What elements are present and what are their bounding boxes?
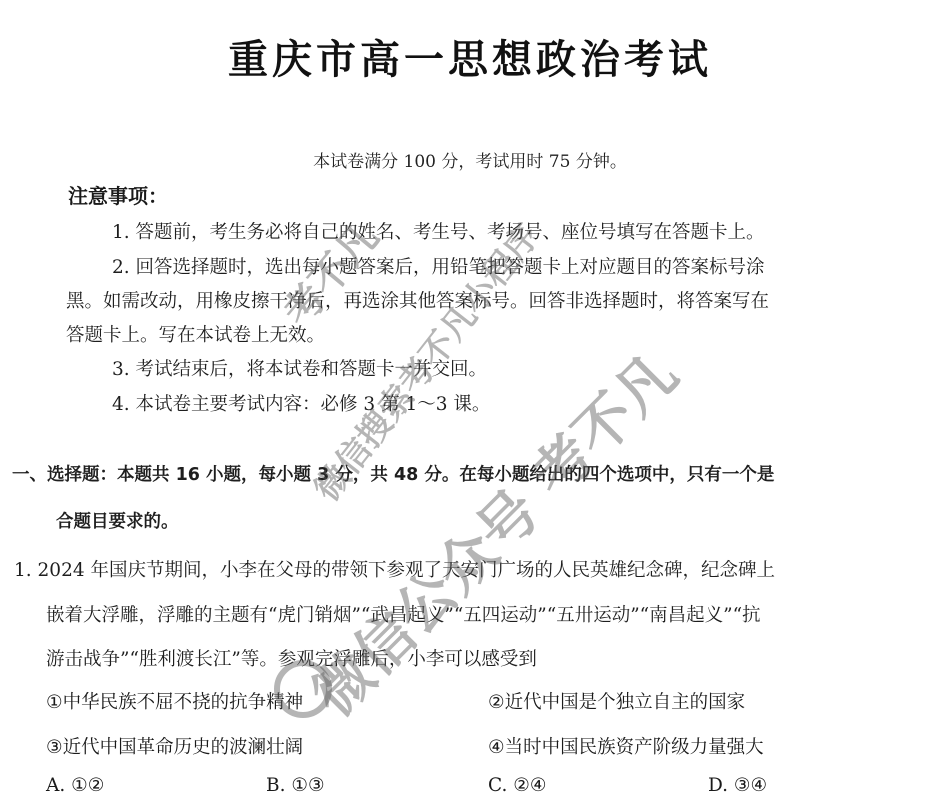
- statement-4: ④当时中国民族资产阶级力量强大: [488, 733, 764, 759]
- section-heading-cont: 合题目要求的。: [56, 508, 179, 533]
- question-1-stem-line-2: 嵌着大浮雕，浮雕的主题有“虎门销烟”“武昌起义”“五四运动”“五卅运动”“南昌起…: [46, 601, 761, 627]
- choice-b[interactable]: B. ①③: [266, 775, 325, 796]
- notice-item-2-cont2: 答题卡上。写在本试卷上无效。: [66, 321, 325, 347]
- notice-item-1: 1. 答题前，考生务必将自己的姓名、考生号、考场号、座位号填写在答题卡上。: [112, 218, 765, 244]
- question-1-stem-line-3: 游击战争”“胜利渡长江”等。参观完浮雕后，小李可以感受到: [46, 645, 537, 671]
- choice-a[interactable]: A. ①②: [46, 775, 104, 796]
- exam-subtitle: 本试卷满分 100 分，考试用时 75 分钟。: [0, 147, 940, 172]
- section-heading: 一、选择题：本题共 16 小题，每小题 3 分，共 48 分。在每小题给出的四个…: [12, 461, 774, 486]
- statement-1: ①中华民族不屈不挠的抗争精神: [46, 688, 303, 714]
- notice-item-2: 2. 回答选择题时，选出每小题答案后，用铅笔把答题卡上对应题目的答案标号涂: [112, 253, 765, 279]
- exam-title: 重庆市高一思想政治考试: [0, 28, 940, 85]
- notice-item-2-cont: 黑。如需改动，用橡皮擦干净后，再选涂其他答案标号。回答非选择题时，将答案写在: [66, 287, 769, 313]
- notice-item-3: 3. 考试结束后，将本试卷和答题卡一并交回。: [112, 355, 487, 381]
- statement-2: ②近代中国是个独立自主的国家: [488, 688, 745, 714]
- notice-heading: 注意事项：: [68, 180, 168, 209]
- question-1-stem-line-1: 1. 2024 年国庆节期间，小李在父母的带领下参观了天安门广场的人民英雄纪念碑…: [14, 556, 775, 582]
- choice-d[interactable]: D. ③④: [708, 775, 767, 796]
- notice-item-4: 4. 本试卷主要考试内容：必修 3 第 1～3 课。: [112, 390, 490, 416]
- choice-c[interactable]: C. ②④: [488, 775, 546, 796]
- statement-3: ③近代中国革命历史的波澜壮阔: [46, 733, 303, 759]
- exam-page: 重庆市高一思想政治考试 本试卷满分 100 分，考试用时 75 分钟。 注意事项…: [0, 0, 940, 807]
